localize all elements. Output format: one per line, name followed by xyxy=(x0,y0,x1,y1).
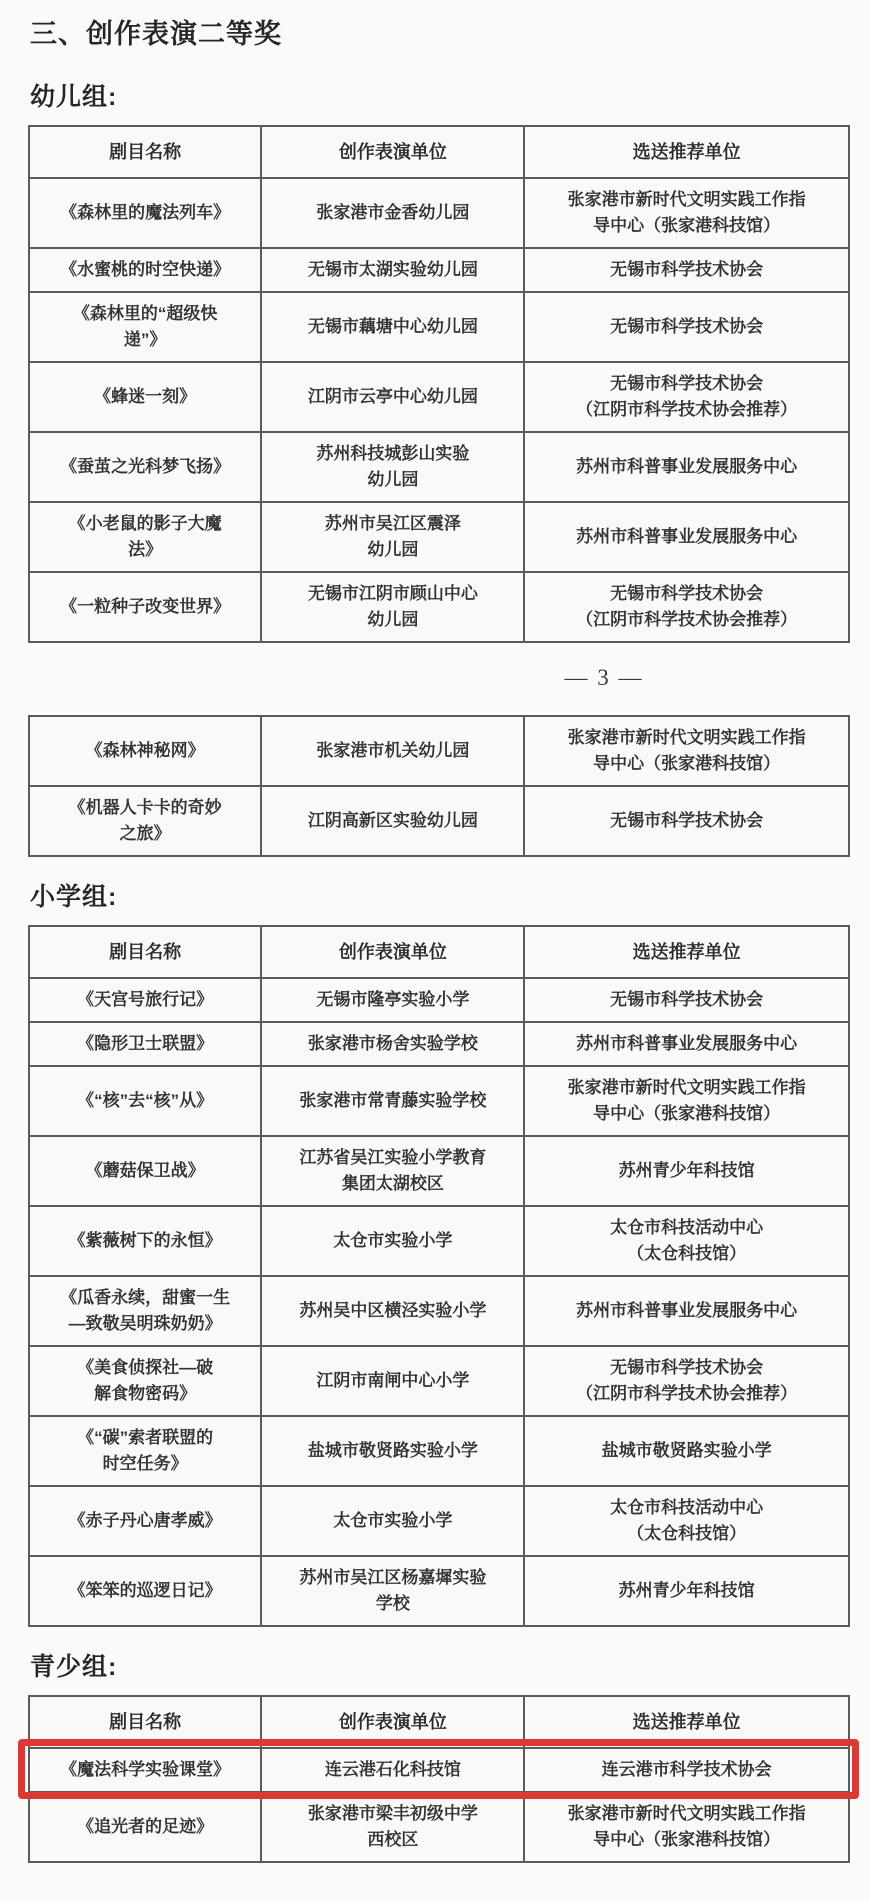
table-cell: 苏州市科普事业发展服务中心 xyxy=(524,432,849,502)
table-cell: 《赤子丹心唐孝威》 xyxy=(29,1486,261,1556)
table-cell: 苏州吴中区横泾实验小学 xyxy=(261,1276,524,1346)
table-cell: 张家港市机关幼儿园 xyxy=(261,716,524,786)
column-header: 创作表演单位 xyxy=(261,926,524,978)
column-header: 选送推荐单位 xyxy=(524,926,849,978)
table-cell: 苏州市科普事业发展服务中心 xyxy=(524,1276,849,1346)
column-header: 剧目名称 xyxy=(29,126,261,178)
table-cell: 张家港市新时代文明实践工作指 导中心（张家港科技馆） xyxy=(524,178,849,248)
table-cell: 无锡市科学技术协会 xyxy=(524,292,849,362)
header-row: 剧目名称创作表演单位选送推荐单位 xyxy=(29,1696,849,1748)
table-cell: 盐城市敬贤路实验小学 xyxy=(261,1416,524,1486)
table-cell: 张家港市新时代文明实践工作指 导中心（张家港科技馆） xyxy=(524,716,849,786)
table-row: 《“核”去“核”从》张家港市常青藤实验学校张家港市新时代文明实践工作指 导中心（… xyxy=(29,1066,849,1136)
section-label-youth: 青少组: xyxy=(30,1647,850,1683)
table-cell: 《机器人卡卡的奇妙 之旅》 xyxy=(29,786,261,856)
table-cell: 《隐形卫士联盟》 xyxy=(29,1022,261,1066)
table-cell: 无锡市江阴市顾山中心 幼儿园 xyxy=(261,572,524,642)
table-cell: 《追光者的足迹》 xyxy=(29,1792,261,1862)
table-cell: 《魔法科学实验课堂》 xyxy=(29,1748,261,1792)
table-cell: 《森林里的魔法列车》 xyxy=(29,178,261,248)
table-cell: 江阴高新区实验幼儿园 xyxy=(261,786,524,856)
table-cell: 《“碳”索者联盟的 时空任务》 xyxy=(29,1416,261,1486)
table-row: 《魔法科学实验课堂》连云港石化科技馆连云港市科学技术协会 xyxy=(29,1748,849,1792)
table-cell: 无锡市藕塘中心幼儿园 xyxy=(261,292,524,362)
header-row: 剧目名称创作表演单位选送推荐单位 xyxy=(29,926,849,978)
table-cell: 太仓市实验小学 xyxy=(261,1206,524,1276)
table-cell: 张家港市杨舍实验学校 xyxy=(261,1022,524,1066)
table-cell: 苏州科技城彭山实验 幼儿园 xyxy=(261,432,524,502)
primary-table-wrap: 剧目名称创作表演单位选送推荐单位《天宫号旅行记》无锡市隆亭实验小学无锡市科学技术… xyxy=(28,925,850,1627)
document-page: 三、创作表演二等奖 幼儿组: 剧目名称创作表演单位选送推荐单位《森林里的魔法列车… xyxy=(0,0,870,1893)
table-cell: 张家港市新时代文明实践工作指 导中心（张家港科技馆） xyxy=(524,1792,849,1862)
table-row: 《“碳”索者联盟的 时空任务》盐城市敬贤路实验小学盐城市敬贤路实验小学 xyxy=(29,1416,849,1486)
table-cell: 无锡市科学技术协会 （江阴市科学技术协会推荐） xyxy=(524,1346,849,1416)
table-cell: 苏州市吴江区杨嘉墀实验 学校 xyxy=(261,1556,524,1626)
kindergarten-awards-table-part2: 《森林神秘网》张家港市机关幼儿园张家港市新时代文明实践工作指 导中心（张家港科技… xyxy=(28,715,850,857)
kindergarten-awards-table-part1: 剧目名称创作表演单位选送推荐单位《森林里的魔法列车》张家港市金香幼儿园张家港市新… xyxy=(28,125,850,643)
section-label-primary: 小学组: xyxy=(30,877,850,913)
table-row: 《瓜香永续，甜蜜一生 —致敬吴明珠奶奶》苏州吴中区横泾实验小学苏州市科普事业发展… xyxy=(29,1276,849,1346)
section-label-kindergarten: 幼儿组: xyxy=(30,77,850,113)
column-header: 剧目名称 xyxy=(29,1696,261,1748)
table-cell: 《蘑菇保卫战》 xyxy=(29,1136,261,1206)
table-row: 《美食侦探社—破 解食物密码》江阴市南闸中心小学无锡市科学技术协会 （江阴市科学… xyxy=(29,1346,849,1416)
primary-school-awards-table: 剧目名称创作表演单位选送推荐单位《天宫号旅行记》无锡市隆亭实验小学无锡市科学技术… xyxy=(28,925,850,1627)
table-cell: 张家港市常青藤实验学校 xyxy=(261,1066,524,1136)
table-cell: 无锡市科学技术协会 xyxy=(524,248,849,292)
table-cell: 《森林神秘网》 xyxy=(29,716,261,786)
table-cell: 《小老鼠的影子大魔 法》 xyxy=(29,502,261,572)
table-cell: 《瓜香永续，甜蜜一生 —致敬吴明珠奶奶》 xyxy=(29,1276,261,1346)
table-row: 《一粒种子改变世界》无锡市江阴市顾山中心 幼儿园无锡市科学技术协会 （江阴市科学… xyxy=(29,572,849,642)
table-cell: 张家港市金香幼儿园 xyxy=(261,178,524,248)
column-header: 选送推荐单位 xyxy=(524,126,849,178)
table-cell: 苏州青少年科技馆 xyxy=(524,1136,849,1206)
table-cell: 《蜂迷一刻》 xyxy=(29,362,261,432)
table-cell: 张家港市新时代文明实践工作指 导中心（张家港科技馆） xyxy=(524,1066,849,1136)
table-cell: 《蚕茧之光科梦飞扬》 xyxy=(29,432,261,502)
kindergarten-table-part1-wrap: 剧目名称创作表演单位选送推荐单位《森林里的魔法列车》张家港市金香幼儿园张家港市新… xyxy=(28,125,850,643)
table-cell: 太仓市科技活动中心 （太仓科技馆） xyxy=(524,1486,849,1556)
table-row: 《追光者的足迹》张家港市梁丰初级中学 西校区张家港市新时代文明实践工作指 导中心… xyxy=(29,1792,849,1862)
page-number: — 3 — xyxy=(28,665,850,691)
table-cell: 江阴市云亭中心幼儿园 xyxy=(261,362,524,432)
table-cell: 无锡市科学技术协会 xyxy=(524,978,849,1022)
column-header: 创作表演单位 xyxy=(261,126,524,178)
table-cell: 苏州市科普事业发展服务中心 xyxy=(524,502,849,572)
table-cell: 江阴市南闸中心小学 xyxy=(261,1346,524,1416)
table-cell: 无锡市隆亭实验小学 xyxy=(261,978,524,1022)
kindergarten-table-part2-wrap: 《森林神秘网》张家港市机关幼儿园张家港市新时代文明实践工作指 导中心（张家港科技… xyxy=(28,715,850,857)
table-cell: 苏州市科普事业发展服务中心 xyxy=(524,1022,849,1066)
header-row: 剧目名称创作表演单位选送推荐单位 xyxy=(29,126,849,178)
table-cell: 无锡市科学技术协会 （江阴市科学技术协会推荐） xyxy=(524,572,849,642)
table-row: 《森林里的魔法列车》张家港市金香幼儿园张家港市新时代文明实践工作指 导中心（张家… xyxy=(29,178,849,248)
table-row: 《水蜜桃的时空快递》无锡市太湖实验幼儿园无锡市科学技术协会 xyxy=(29,248,849,292)
table-cell: 《水蜜桃的时空快递》 xyxy=(29,248,261,292)
table-cell: 太仓市科技活动中心 （太仓科技馆） xyxy=(524,1206,849,1276)
table-row: 《机器人卡卡的奇妙 之旅》江阴高新区实验幼儿园无锡市科学技术协会 xyxy=(29,786,849,856)
table-cell: 连云港市科学技术协会 xyxy=(524,1748,849,1792)
table-cell: 《一粒种子改变世界》 xyxy=(29,572,261,642)
youth-awards-table: 剧目名称创作表演单位选送推荐单位《魔法科学实验课堂》连云港石化科技馆连云港市科学… xyxy=(28,1695,850,1863)
table-cell: 苏州市吴江区震泽 幼儿园 xyxy=(261,502,524,572)
table-row: 《蚕茧之光科梦飞扬》苏州科技城彭山实验 幼儿园苏州市科普事业发展服务中心 xyxy=(29,432,849,502)
column-header: 剧目名称 xyxy=(29,926,261,978)
column-header: 选送推荐单位 xyxy=(524,1696,849,1748)
youth-table-wrap: 剧目名称创作表演单位选送推荐单位《魔法科学实验课堂》连云港石化科技馆连云港市科学… xyxy=(28,1695,850,1863)
table-cell: 《“核”去“核”从》 xyxy=(29,1066,261,1136)
table-cell: 《天宫号旅行记》 xyxy=(29,978,261,1022)
table-row: 《紫薇树下的永恒》太仓市实验小学太仓市科技活动中心 （太仓科技馆） xyxy=(29,1206,849,1276)
document-title: 三、创作表演二等奖 xyxy=(30,12,850,51)
table-row: 《森林神秘网》张家港市机关幼儿园张家港市新时代文明实践工作指 导中心（张家港科技… xyxy=(29,716,849,786)
table-row: 《小老鼠的影子大魔 法》苏州市吴江区震泽 幼儿园苏州市科普事业发展服务中心 xyxy=(29,502,849,572)
table-cell: 连云港石化科技馆 xyxy=(261,1748,524,1792)
table-cell: 太仓市实验小学 xyxy=(261,1486,524,1556)
table-cell: 无锡市科学技术协会 （江阴市科学技术协会推荐） xyxy=(524,362,849,432)
column-header: 创作表演单位 xyxy=(261,1696,524,1748)
table-row: 《天宫号旅行记》无锡市隆亭实验小学无锡市科学技术协会 xyxy=(29,978,849,1022)
table-cell: 张家港市梁丰初级中学 西校区 xyxy=(261,1792,524,1862)
table-cell: 无锡市科学技术协会 xyxy=(524,786,849,856)
table-row: 《蘑菇保卫战》江苏省吴江实验小学教育 集团太湖校区苏州青少年科技馆 xyxy=(29,1136,849,1206)
table-row: 《笨笨的巡逻日记》苏州市吴江区杨嘉墀实验 学校苏州青少年科技馆 xyxy=(29,1556,849,1626)
table-row: 《森林里的“超级快 递”》无锡市藕塘中心幼儿园无锡市科学技术协会 xyxy=(29,292,849,362)
table-cell: 苏州青少年科技馆 xyxy=(524,1556,849,1626)
table-row: 《隐形卫士联盟》张家港市杨舍实验学校苏州市科普事业发展服务中心 xyxy=(29,1022,849,1066)
table-cell: 江苏省吴江实验小学教育 集团太湖校区 xyxy=(261,1136,524,1206)
table-row: 《蜂迷一刻》江阴市云亭中心幼儿园无锡市科学技术协会 （江阴市科学技术协会推荐） xyxy=(29,362,849,432)
table-cell: 《笨笨的巡逻日记》 xyxy=(29,1556,261,1626)
table-cell: 《森林里的“超级快 递”》 xyxy=(29,292,261,362)
table-cell: 《紫薇树下的永恒》 xyxy=(29,1206,261,1276)
table-cell: 《美食侦探社—破 解食物密码》 xyxy=(29,1346,261,1416)
table-cell: 无锡市太湖实验幼儿园 xyxy=(261,248,524,292)
table-row: 《赤子丹心唐孝威》太仓市实验小学太仓市科技活动中心 （太仓科技馆） xyxy=(29,1486,849,1556)
table-cell: 盐城市敬贤路实验小学 xyxy=(524,1416,849,1486)
